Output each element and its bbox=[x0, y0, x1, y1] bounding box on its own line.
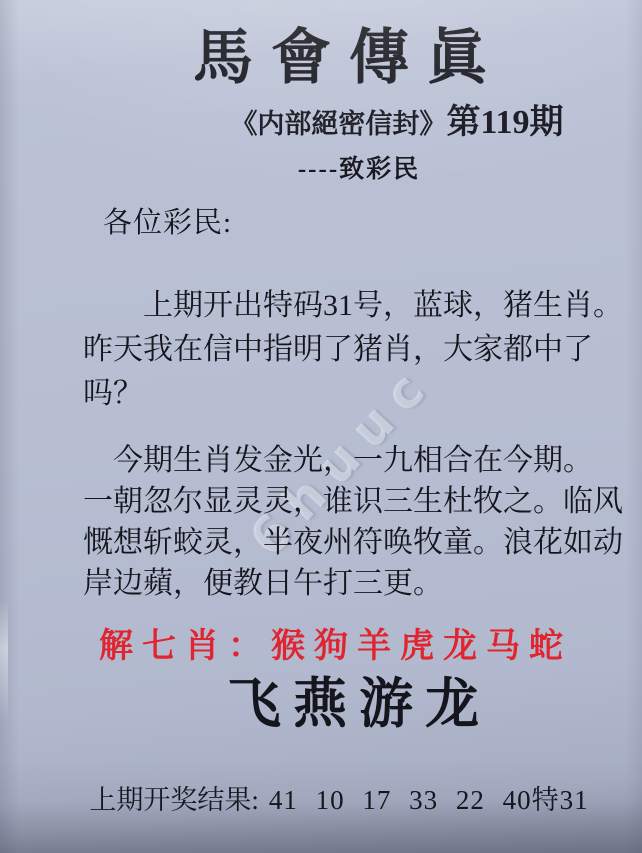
paragraph-line: 慨想斩蛟灵，半夜州符唤牧童。浪花如动 bbox=[83, 522, 631, 563]
page-title: 馬會傳眞 bbox=[28, 28, 642, 88]
paragraph-line: 岸边蘋，便教日午打三更。 bbox=[83, 563, 631, 604]
dedication-line: ----致彩民 bbox=[38, 149, 642, 185]
issue-line: 《内部絕密信封》第119期 bbox=[76, 103, 642, 144]
paragraph-previous-draw: 上期开出特码31号，蓝球，猪生肖。 昨天我在信中指明了猪肖，大家都中了 吗？ bbox=[83, 284, 631, 416]
paragraph-line: 昨天我在信中指明了猪肖，大家都中了 bbox=[83, 328, 631, 372]
results-special-number: 特31 bbox=[532, 785, 589, 815]
paragraph-line: 吗？ bbox=[83, 372, 631, 416]
paragraph-current-tip: 今期生肖发金光，一九相合在今期。 一朝忽尔显灵灵，谁识三生杜牧之。临风 慨想斩蛟… bbox=[83, 440, 631, 604]
zodiac-hint: 解七肖：猴狗羊虎龙马蛇 bbox=[99, 618, 572, 667]
fax-sheet: 6huuc 馬會傳眞 《内部絕密信封》第119期 ----致彩民 各位彩民: 上… bbox=[0, 0, 642, 853]
salutation: 各位彩民: bbox=[103, 200, 232, 241]
issue-number: 第119期 bbox=[446, 104, 563, 141]
paper-edge-highlight bbox=[0, 600, 8, 720]
previous-results: 上期开奖结果:41 10 17 33 22 40特31 bbox=[18, 778, 642, 817]
paragraph-line: 上期开出特码31号，蓝球，猪生肖。 bbox=[83, 284, 631, 328]
idiom-clue: 飞燕游龙 bbox=[38, 672, 642, 737]
paragraph-line: 一朝忽尔显灵灵，谁识三生杜牧之。临风 bbox=[83, 481, 631, 522]
series-name: 《内部絕密信封》 bbox=[230, 109, 446, 139]
results-numbers: 41 10 17 33 22 40 bbox=[269, 785, 532, 815]
results-label: 上期开奖结果: bbox=[89, 785, 259, 815]
paragraph-line: 今期生肖发金光，一九相合在今期。 bbox=[83, 440, 631, 481]
